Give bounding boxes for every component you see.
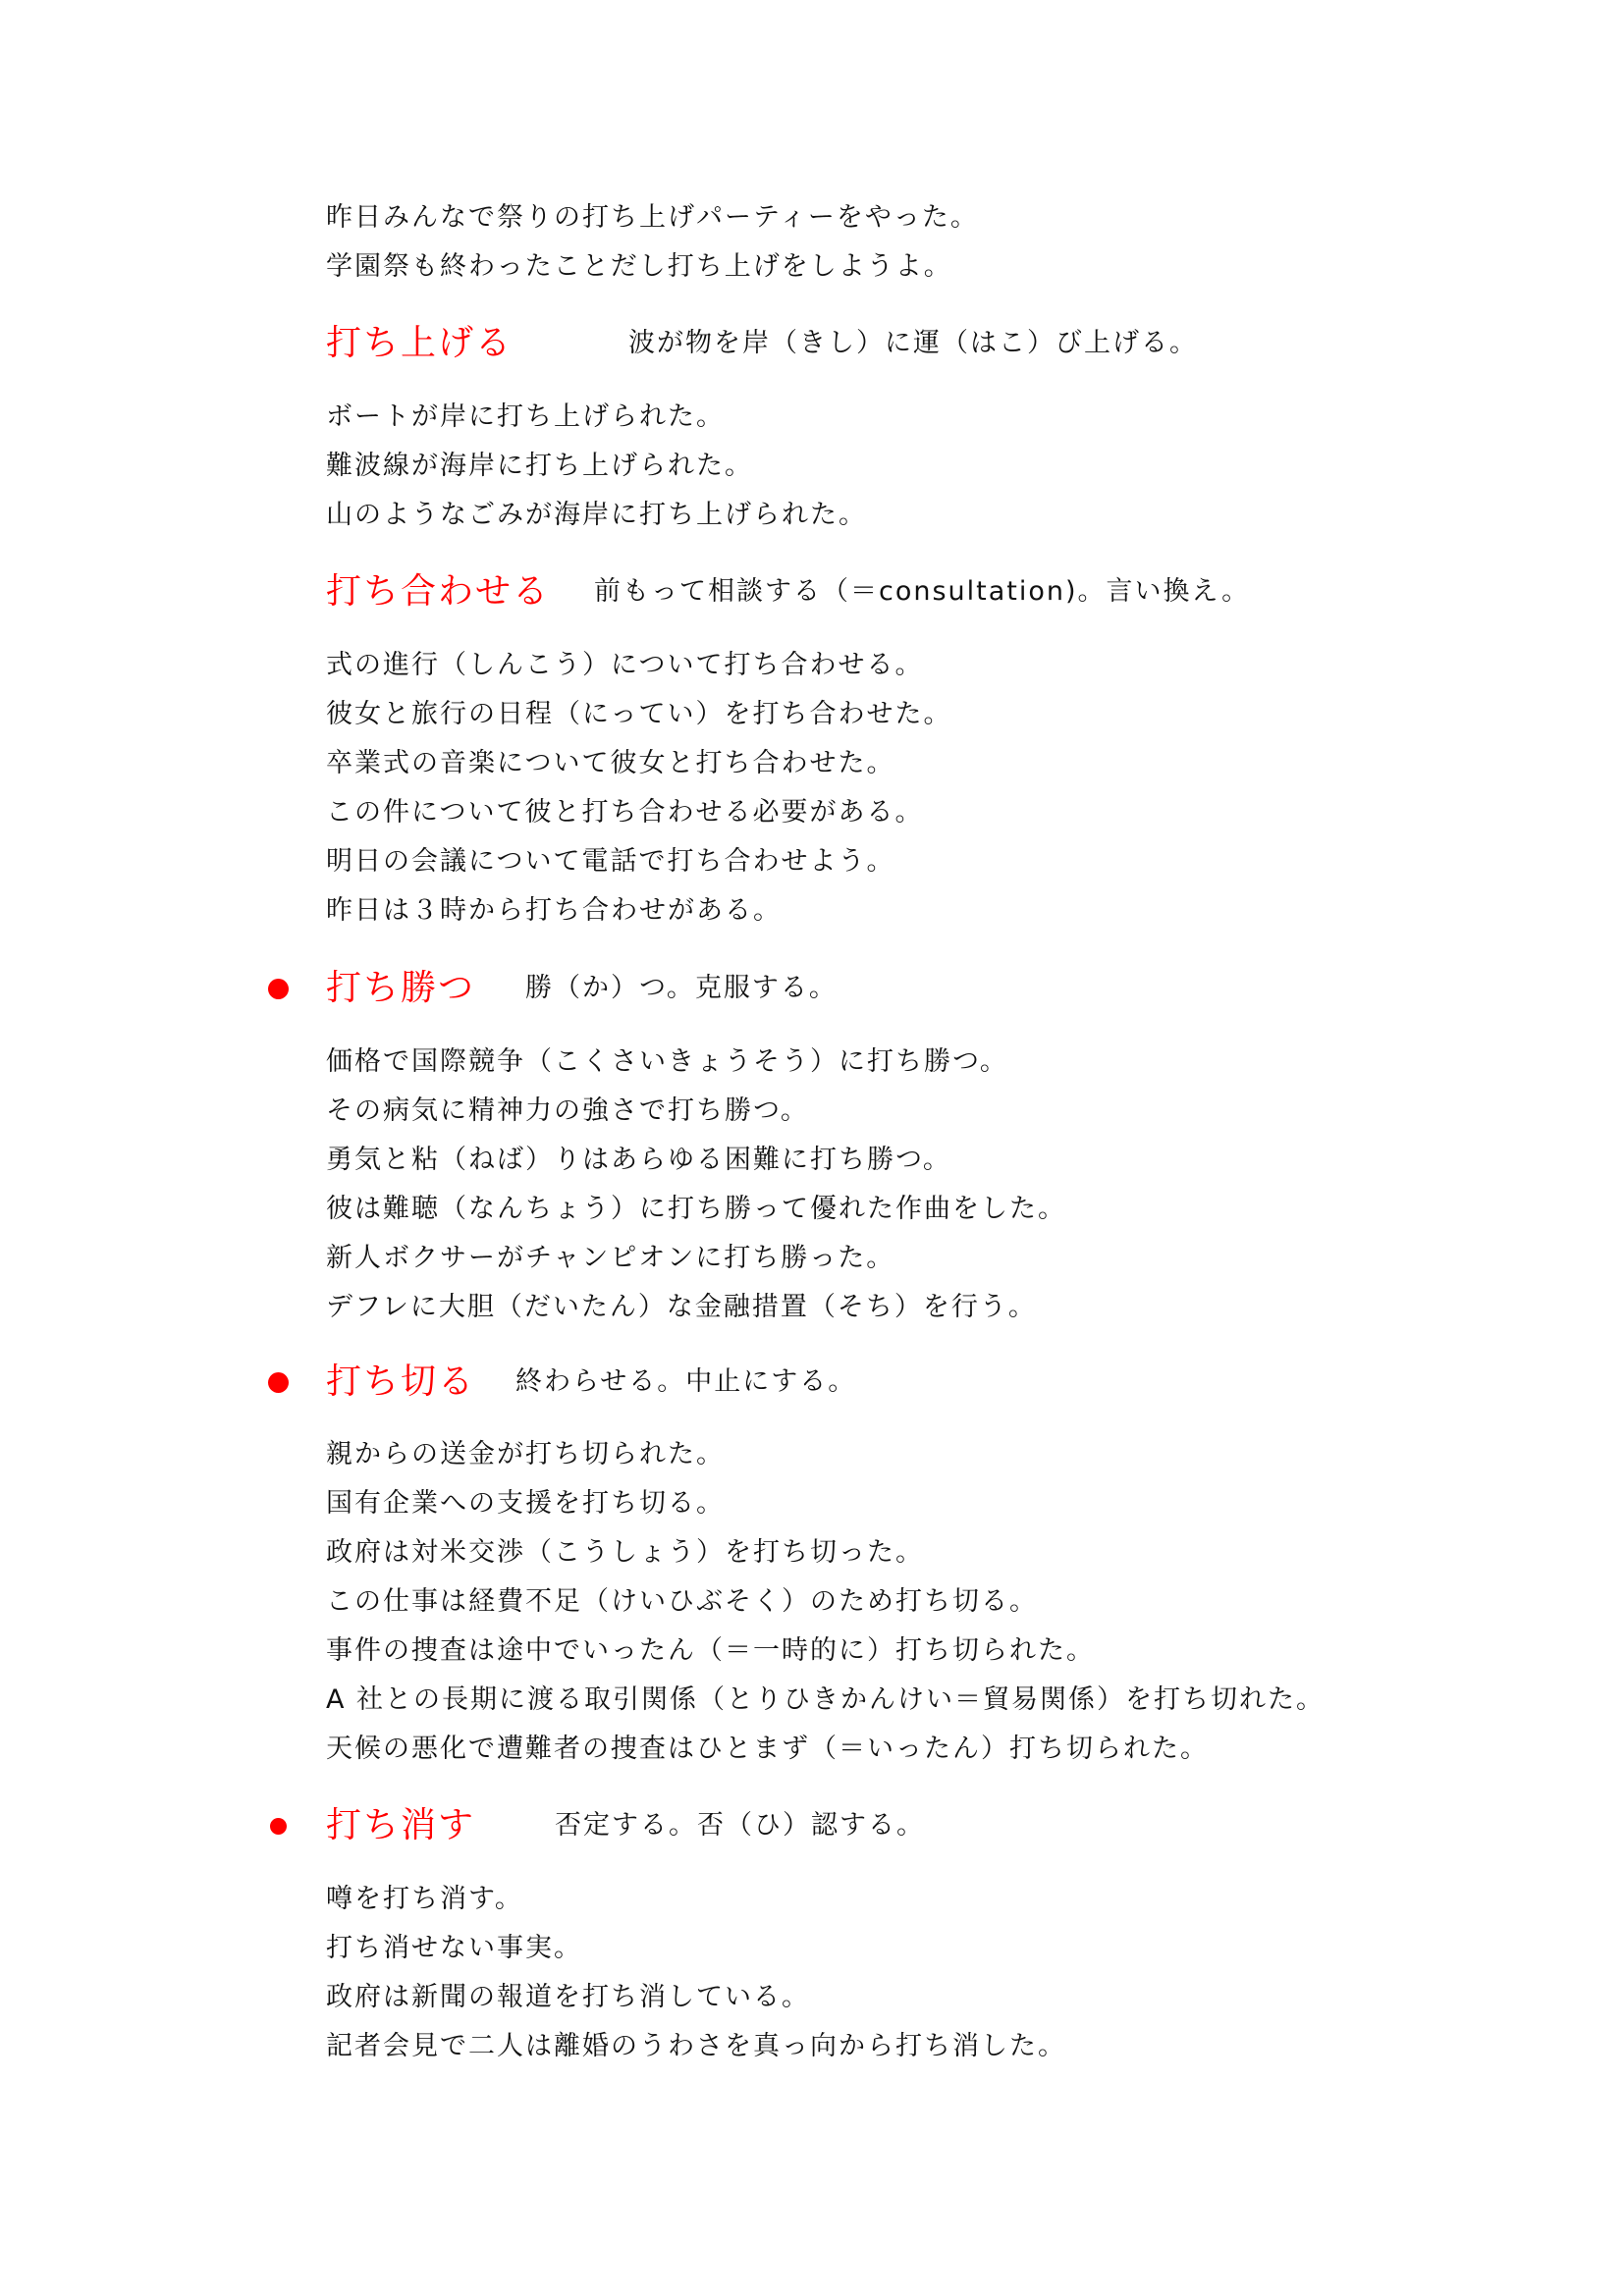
bullet-icon (268, 1372, 289, 1393)
example-line: ボートが岸に打ち上げられた。 (326, 400, 725, 434)
example-line: 政府は新聞の報道を打ち消している。 (326, 1981, 810, 2014)
bullet-icon (268, 979, 289, 999)
example-line: 学園祭も終わったことだし打ち上げをしようよ。 (326, 250, 952, 284)
example-line: 新人ボクサーがチャンピオンに打ち勝った。 (326, 1242, 894, 1275)
example-line: 政府は対米交渉（こうしょう）を打ち切った。 (326, 1536, 924, 1570)
headword: 打ち勝つ (326, 966, 475, 1011)
example-line: 噂を打ち消す。 (326, 1883, 523, 1916)
example-line: 国有企業への支援を打ち切る。 (326, 1487, 725, 1521)
example-line: デフレに大胆（だいたん）な金融措置（そち）を行う。 (326, 1291, 1037, 1324)
example-line: 式の進行（しんこう）について打ち合わせる。 (326, 649, 923, 682)
definition: 否定する。否（ひ）認する。 (555, 1809, 925, 1842)
example-line: 山のようなごみが海岸に打ち上げられた。 (326, 499, 867, 532)
definition: 終わらせる。中止にする。 (515, 1365, 856, 1399)
example-line: この件について彼と打ち合わせる必要がある。 (326, 796, 923, 829)
definition: 波が物を岸（きし）に運（はこ）び上げる。 (628, 327, 1198, 360)
example-line: 明日の会議について電話で打ち合わせよう。 (326, 845, 894, 879)
example-line: 親からの送金が打ち切られた。 (326, 1438, 725, 1471)
example-line: その病気に精神力の強さで打ち勝つ。 (326, 1095, 809, 1128)
example-line: 打ち消せない事実。 (326, 1932, 582, 1965)
headword: 打ち切る (326, 1360, 475, 1405)
example-line: 彼は難聴（なんちょう）に打ち勝って優れた作曲をした。 (326, 1193, 1066, 1226)
example-line: 卒業式の音楽について彼女と打ち合わせた。 (326, 747, 894, 780)
bullet-icon (270, 1818, 287, 1835)
example-line: 勇気と粘（ねば）りはあらゆる困難に打ち勝つ。 (326, 1144, 951, 1177)
definition: 前もって相談する（＝consultation)。言い換え。 (594, 575, 1250, 609)
example-line: 価格で国際競争（こくさいきょうそう）に打ち勝つ。 (326, 1045, 1008, 1079)
example-line: 昨日は３時から打ち合わせがある。 (326, 894, 782, 928)
headword: 打ち合わせる (326, 569, 550, 614)
example-line: 記者会見で二人は離婚のうわさを真っ向から打ち消した。 (326, 2030, 1066, 2063)
example-line: 彼女と旅行の日程（にってい）を打ち合わせた。 (326, 698, 951, 731)
example-line: 天候の悪化で遭難者の捜査はひとまず（＝いったん）打ち切られた。 (326, 1733, 1209, 1766)
example-line: この仕事は経費不足（けいひぶそく）のため打ち切る。 (326, 1585, 1038, 1619)
example-line: 昨日みんなで祭りの打ち上げパーティーをやった。 (326, 201, 979, 235)
headword: 打ち上げる (326, 321, 513, 366)
definition: 勝（か）つ。克服する。 (525, 972, 838, 1005)
example-line: A 社との長期に渡る取引関係（とりひきかんけい＝貿易関係）を打ち切れた。 (326, 1683, 1325, 1717)
example-line: 事件の捜査は途中でいったん（＝一時的に）打ち切られた。 (326, 1634, 1095, 1668)
headword: 打ち消す (326, 1803, 475, 1848)
example-line: 難波線が海岸に打ち上げられた。 (326, 450, 753, 483)
